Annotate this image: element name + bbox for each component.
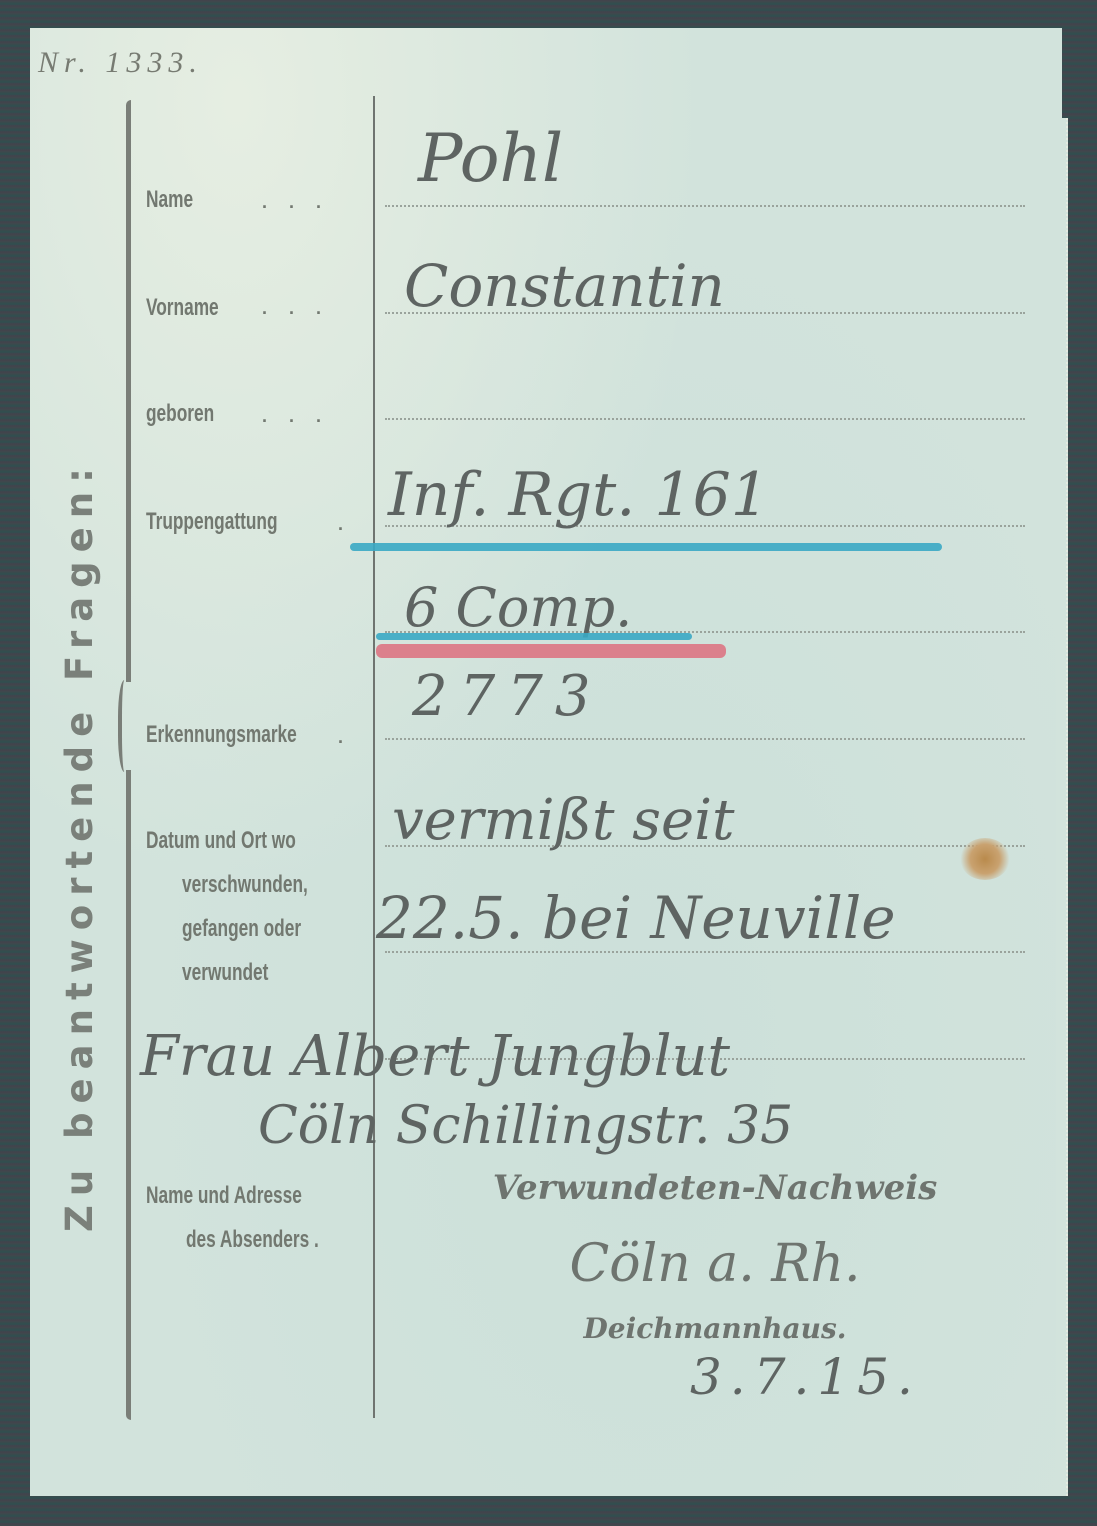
- label-truppengattung: Truppengattung: [146, 508, 278, 536]
- brace-bottom: [126, 770, 131, 1420]
- value-name: Pohl: [418, 120, 563, 197]
- value-truppengattung: Inf. Rgt. 161: [388, 460, 769, 530]
- label-datum-ort-line3: gefangen oder: [182, 915, 301, 943]
- label-erkennungsmarke: Erkennungsmarke: [146, 721, 297, 749]
- value-erkennungsmarke: 2773: [412, 664, 603, 729]
- label-name: Name: [146, 186, 193, 214]
- value-absender-line2: Cöln Schillingstr. 35: [258, 1096, 793, 1156]
- torn-edge: [1056, 118, 1068, 1496]
- label-datum-ort-line4: verwundet: [182, 959, 268, 987]
- value-absender-line1: Frau Albert Jungblut: [140, 1024, 730, 1089]
- label-absender-line2: des Absenders .: [186, 1226, 319, 1254]
- blue-underline: [350, 543, 942, 551]
- label-absender-line1: Name und Adresse: [146, 1182, 302, 1210]
- side-heading: Zu beantwortende Fragen:: [58, 459, 101, 1232]
- stamp-line2: Cöln a. Rh.: [425, 1234, 1005, 1294]
- label-dots: ...: [262, 192, 343, 213]
- label-datum-ort-line2: verschwunden,: [182, 871, 308, 899]
- date-written: 3.7.15.: [690, 1348, 921, 1406]
- brace-tip: [118, 680, 134, 772]
- red-underline: [376, 644, 726, 658]
- value-vorname: Constantin: [404, 252, 725, 320]
- value-datum-line2: 22.5. bei Neuville: [376, 884, 896, 952]
- value-datum-line1: vermißt seit: [392, 788, 735, 853]
- label-dots: ...: [262, 406, 343, 427]
- stain: [960, 838, 1010, 880]
- label-vorname: Vorname: [146, 294, 219, 322]
- dotted-rule: [385, 418, 1025, 420]
- value-compagnie: 6 Comp.: [404, 576, 632, 639]
- label-dots: .: [338, 727, 365, 748]
- label-dots: ...: [262, 298, 343, 319]
- column-divider: [373, 96, 375, 1418]
- label-geboren: geboren: [146, 400, 214, 428]
- dotted-rule: [385, 205, 1025, 207]
- dotted-rule: [385, 738, 1025, 740]
- stamp-line3: Deichmannhaus.: [425, 1312, 1005, 1345]
- stamp-line1: Verwundeten-Nachweis: [425, 1168, 1005, 1208]
- blue-underline: [376, 633, 692, 640]
- label-datum-ort-line1: Datum und Ort wo: [146, 827, 296, 855]
- label-dots: .: [338, 514, 365, 535]
- reference-number: Nr. 1333.: [38, 46, 203, 80]
- brace-top: [126, 100, 131, 682]
